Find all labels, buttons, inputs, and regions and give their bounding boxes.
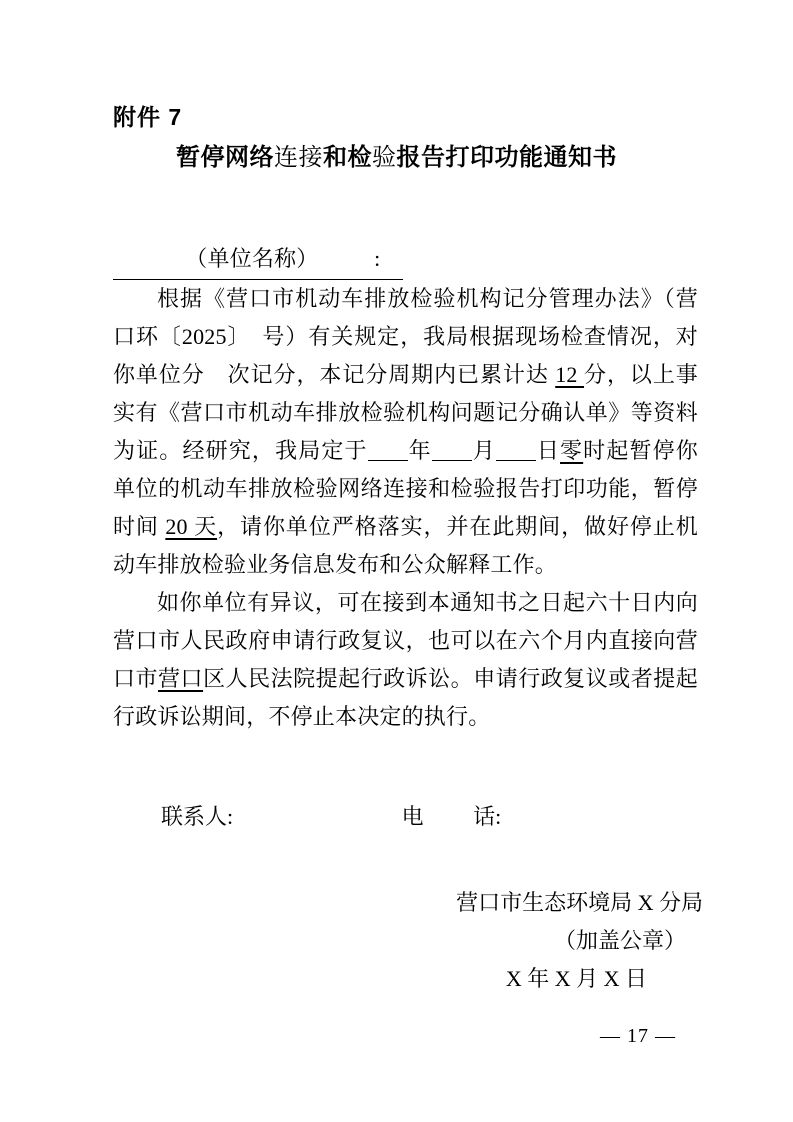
page-number: — 17 — (600, 1022, 676, 1050)
salutation-line: （单位名称） : (113, 240, 698, 280)
unit-name-blank: （单位名称） : (113, 240, 403, 280)
attachment-label: 附件 7 (113, 100, 182, 134)
contact-phone-label-part2: 话: (473, 804, 501, 829)
document-body: （单位名称） : 根据《营口市机动车排放检验机构记分管理办法》（营口环〔2025… (113, 240, 698, 736)
fill-in-blank (432, 438, 472, 461)
contact-line: 联系人: 电 话: (113, 798, 698, 836)
document-title: 暂停网络连接和检验报告打印功能通知书 (0, 138, 793, 178)
signature-date: X 年 X 月 X 日 (456, 960, 703, 998)
fill-in-blank (368, 438, 408, 461)
paragraph-appeal-rights: 如你单位有异议，可在接到本通知书之日起六十日内向营口市人民政府申请行政复议，也可… (113, 584, 698, 736)
signature-organization: 营口市生态环境局 X 分局 (456, 884, 703, 922)
contact-person-label: 联系人: (161, 804, 233, 829)
document-page: 附件 7 暂停网络连接和检验报告打印功能通知书 （单位名称） : 根据《营口市机… (0, 0, 793, 1122)
paragraph-facts-and-decision: 根据《营口市机动车排放检验机构记分管理办法》（营口环〔2025〕 号）有关规定，… (113, 280, 698, 584)
signature-seal-note: （加盖公章） (456, 922, 703, 960)
fill-in-blank (496, 438, 536, 461)
contact-phone-label-part1: 电 (402, 804, 424, 829)
signature-block: 营口市生态环境局 X 分局 （加盖公章） X 年 X 月 X 日 (456, 884, 703, 998)
